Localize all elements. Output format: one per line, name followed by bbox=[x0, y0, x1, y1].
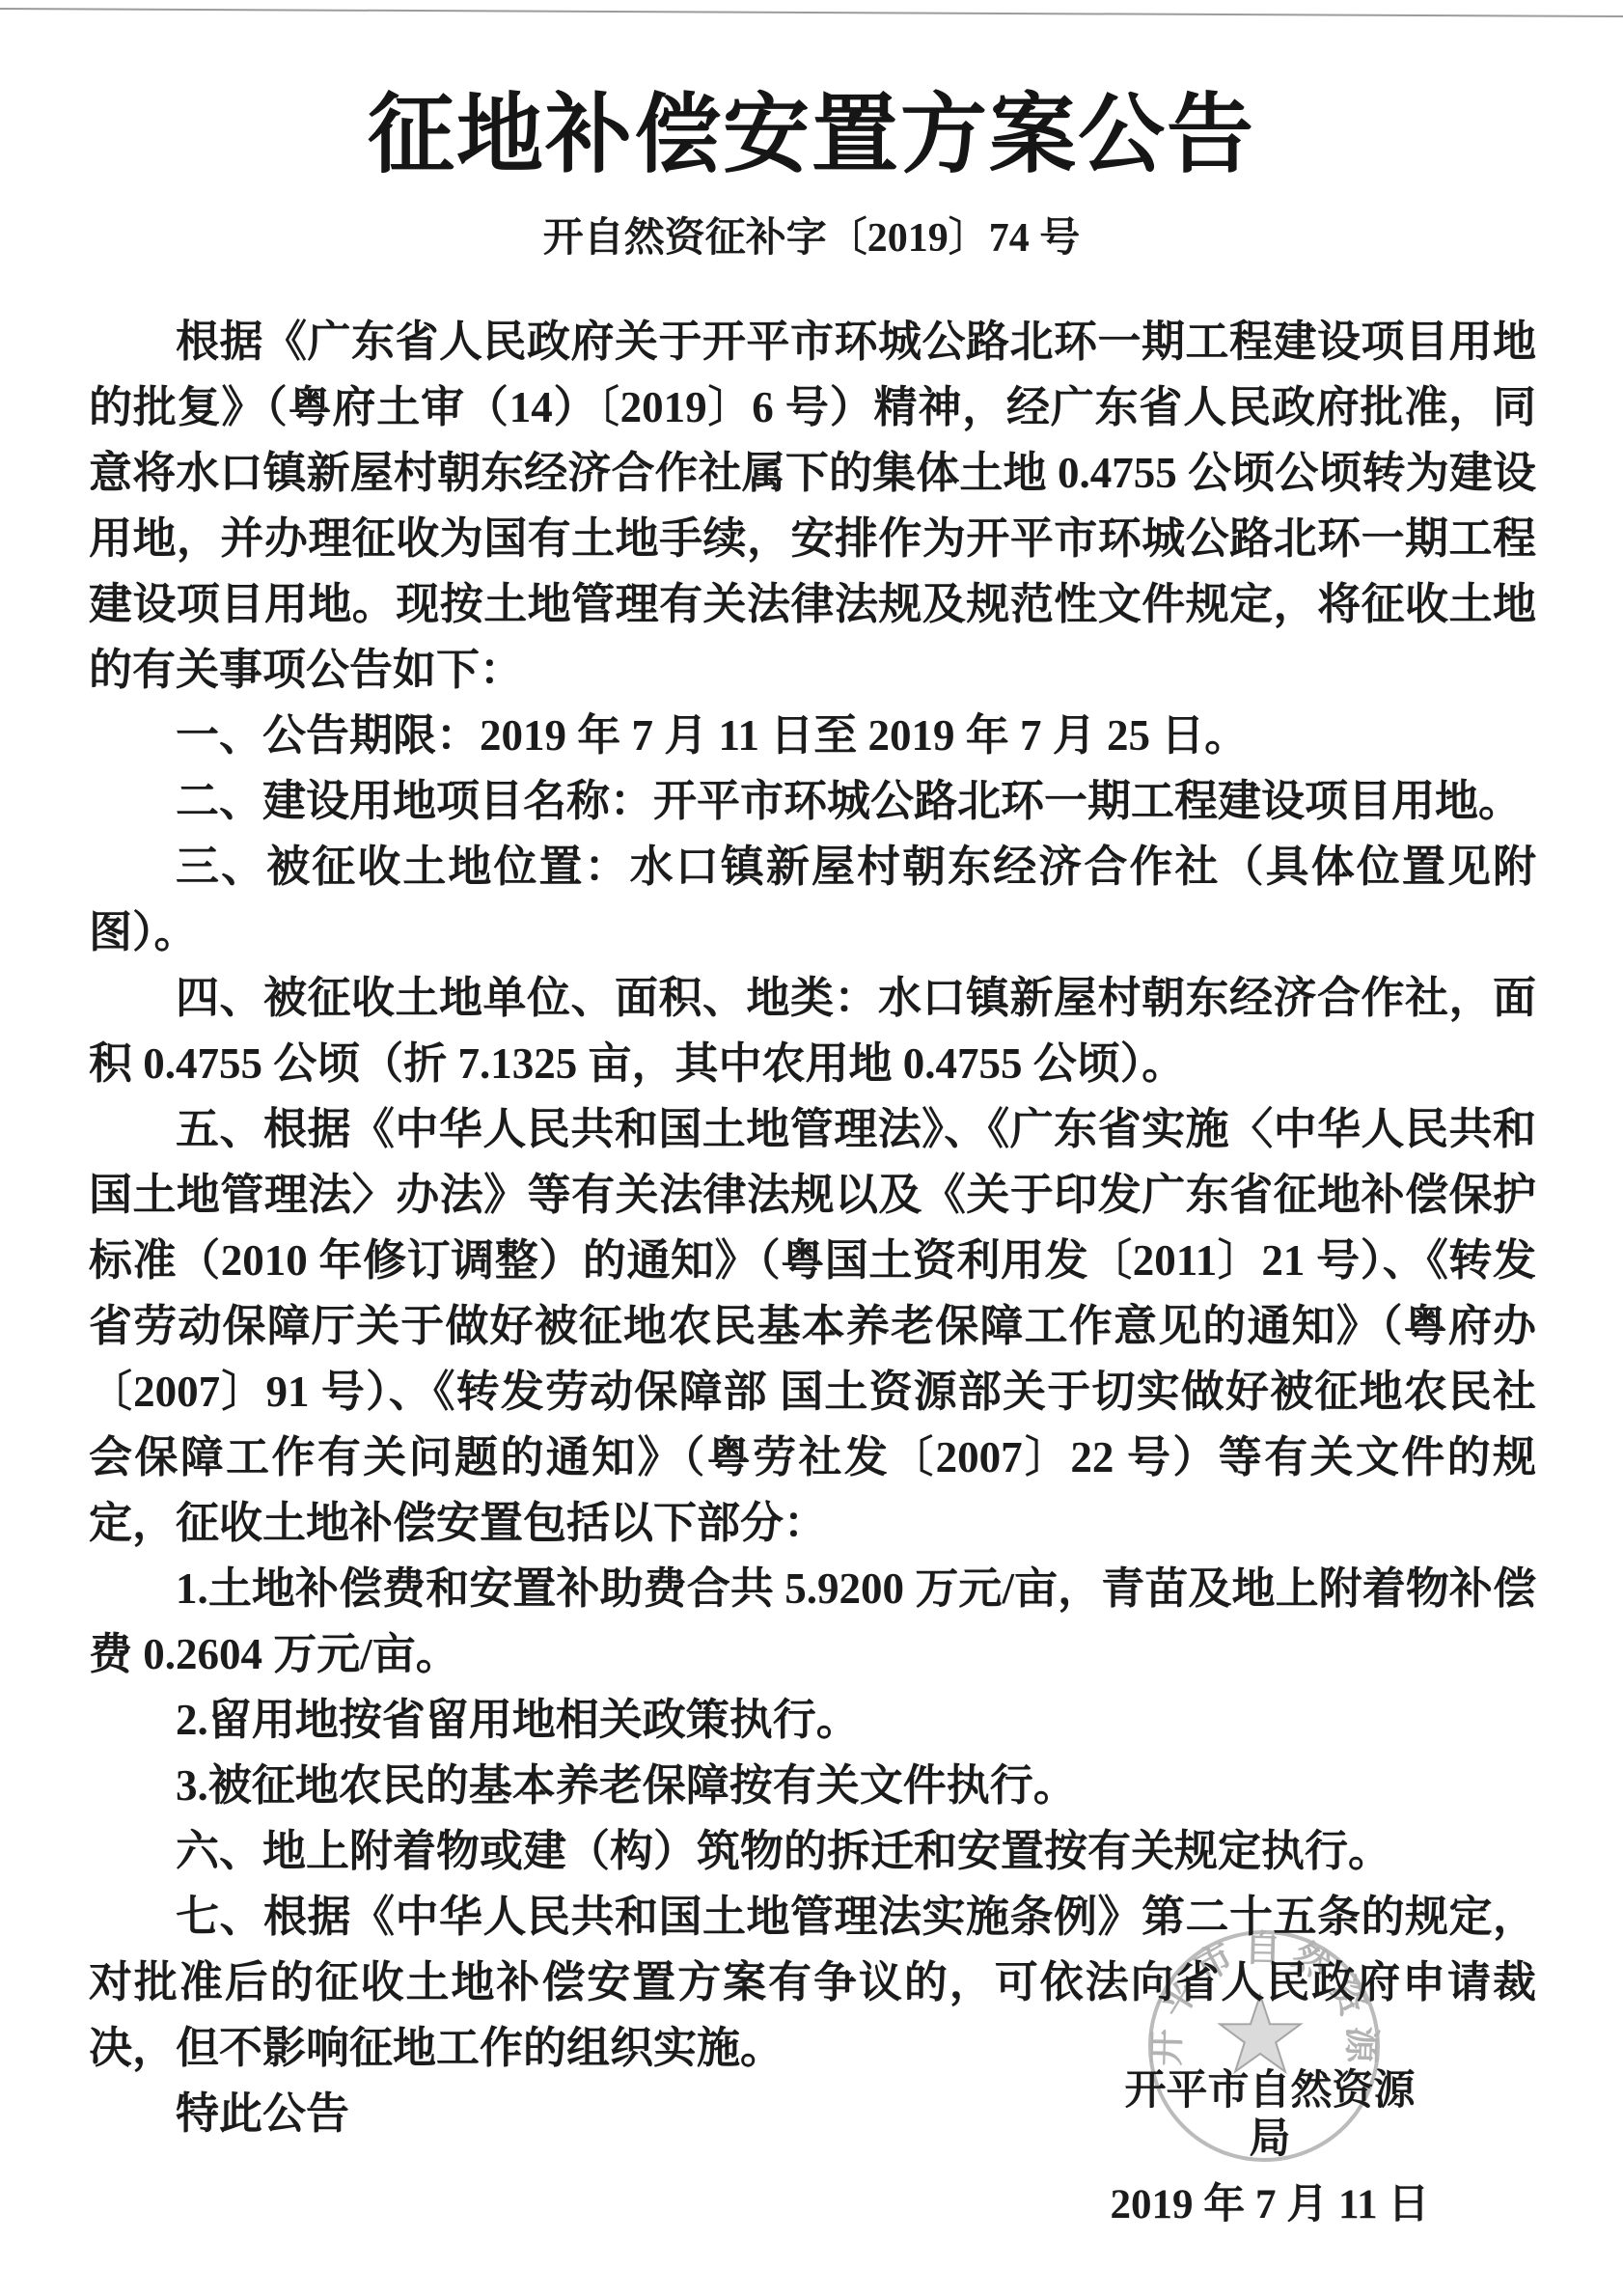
notice-page: 征地补偿安置方案公告 开自然资征补字〔2019〕74 号 根据《广东省人民政府关… bbox=[0, 0, 1623, 2296]
body-paragraph-item-3: 三、被征收土地位置：水口镇新屋村朝东经济合作社（具体位置见附图）。 bbox=[89, 834, 1536, 965]
notice-title: 征地补偿安置方案公告 bbox=[0, 85, 1623, 186]
scan-artifact-line bbox=[0, 0, 1623, 29]
agency-name: 开平市自然资源局 bbox=[1110, 2067, 1430, 2164]
body-paragraph-sub-3: 3.被征地农民的基本养老保障按有关文件执行。 bbox=[89, 1753, 1536, 1818]
body-paragraph-item-7: 七、根据《中华人民共和国土地管理法实施条例》第二十五条的规定，对批准后的征收土地… bbox=[89, 1884, 1536, 2081]
signature-block: 开平市自然资源局 2019 年 7 月 11 日 bbox=[1110, 2067, 1430, 2229]
body-paragraph-item-6: 六、地上附着物或建（构）筑物的拆迁和安置按有关规定执行。 bbox=[89, 1818, 1536, 1884]
body-paragraph-item-2: 二、建设用地项目名称：开平市环城公路北环一期工程建设项目用地。 bbox=[89, 768, 1536, 834]
body-paragraph-item-1: 一、公告期限：2019 年 7 月 11 日至 2019 年 7 月 25 日。 bbox=[89, 703, 1536, 768]
notice-body: 根据《广东省人民政府关于开平市环城公路北环一期工程建设项目用地的批复》（粤府土审… bbox=[89, 309, 1536, 2146]
body-paragraph-sub-2: 2.留用地按省留用地相关政策执行。 bbox=[89, 1687, 1536, 1753]
body-paragraph-intro: 根据《广东省人民政府关于开平市环城公路北环一期工程建设项目用地的批复》（粤府土审… bbox=[89, 309, 1536, 703]
doc-number: 开自然资征补字〔2019〕74 号 bbox=[0, 217, 1623, 261]
body-paragraph-item-5: 五、根据《中华人民共和国土地管理法》、《广东省实施〈中华人民共和国土地管理法〉办… bbox=[89, 1096, 1536, 1556]
body-paragraph-sub-1: 1.土地补偿费和安置补助费合共 5.9200 万元/亩，青苗及地上附着物补偿费 … bbox=[89, 1556, 1536, 1687]
issue-date: 2019 年 7 月 11 日 bbox=[1110, 2181, 1430, 2229]
body-paragraph-item-4: 四、被征收土地单位、面积、地类：水口镇新屋村朝东经济合作社，面积 0.4755 … bbox=[89, 965, 1536, 1096]
